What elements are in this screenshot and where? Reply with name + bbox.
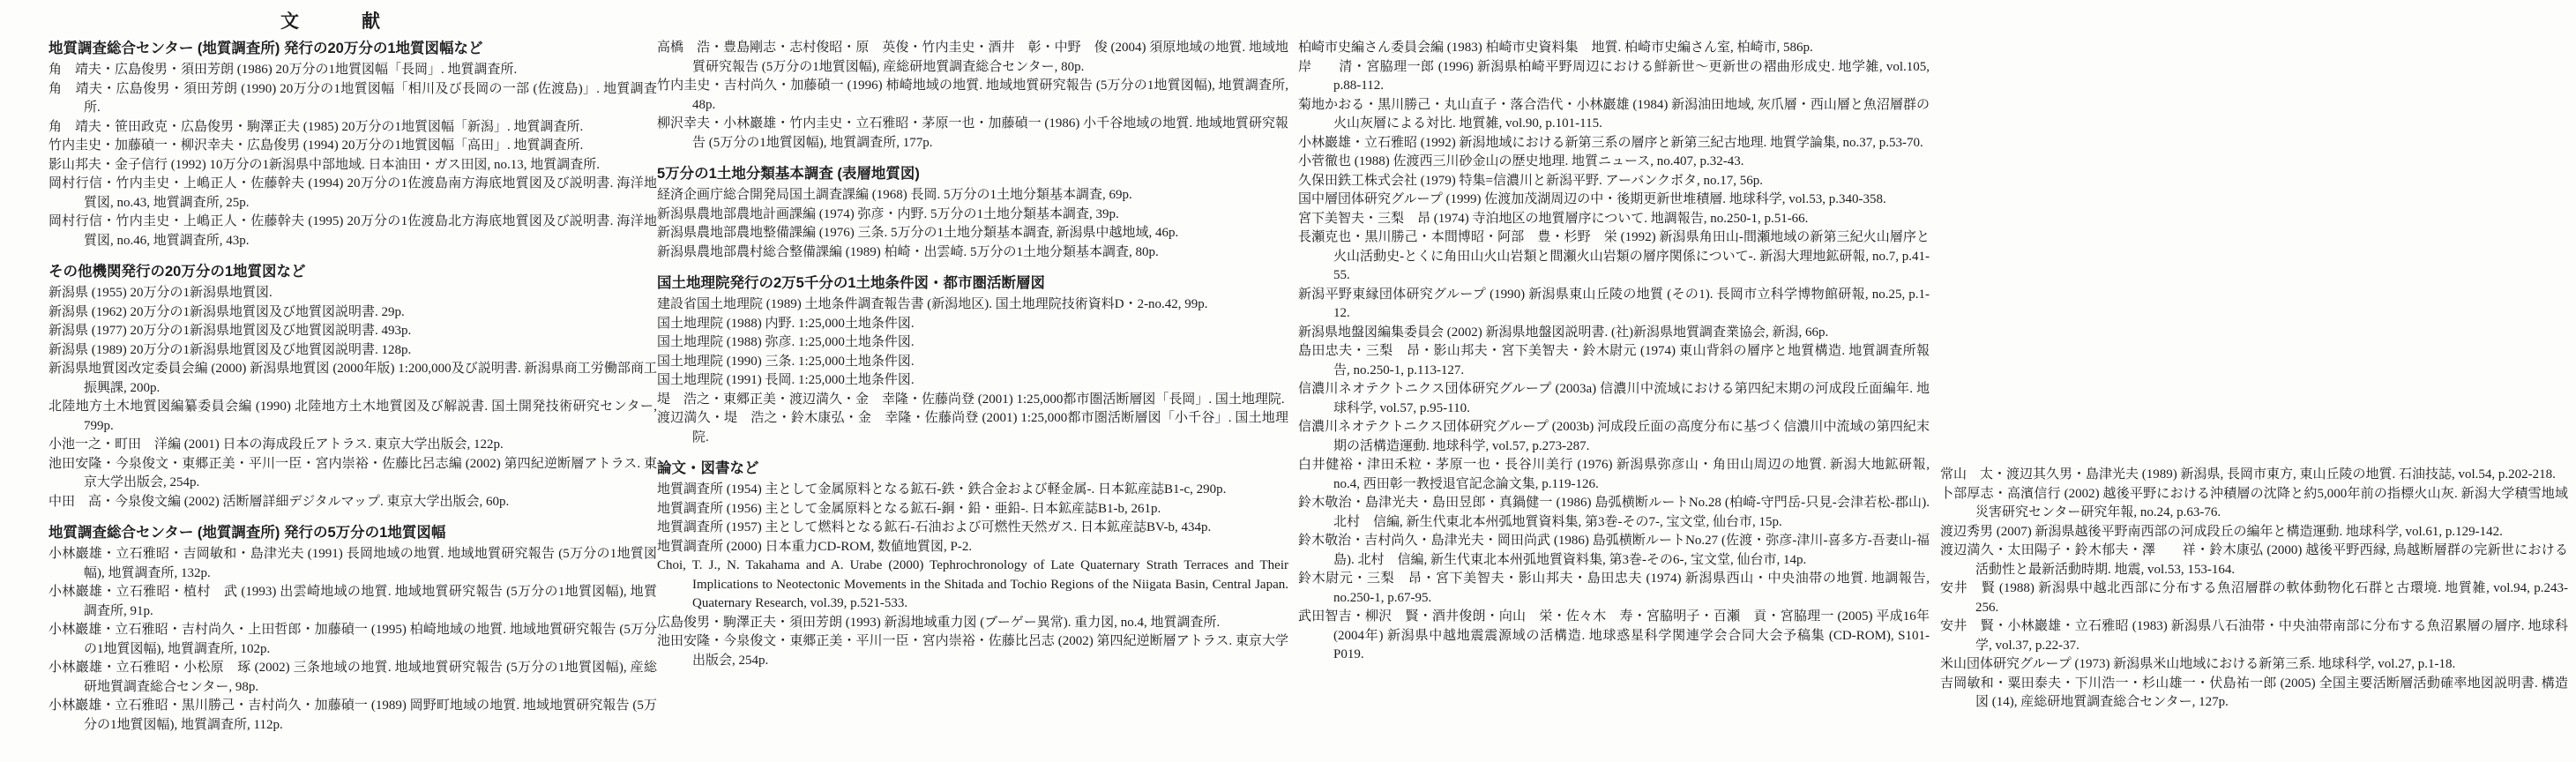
reference-entry: 国土地理院 (1991) 長岡. 1:25,000土地条件図. [657,371,1288,391]
reference-entry: 柏崎市史編さん委員会編 (1983) 柏崎市史資料集 地質. 柏崎市史編さん室,… [1298,39,1930,58]
column-3: 柏崎市史編さん委員会編 (1983) 柏崎市史資料集 地質. 柏崎市史編さん室,… [1298,39,1930,665]
references-page: 文 献 地質調査総合センター (地質調査所) 発行の20万分の1地質図幅など角 … [0,0,2576,762]
reference-entry: 長瀬克也・黒川勝己・本間博昭・阿部 豊・杉野 栄 (1992) 新潟県角田山-間… [1298,228,1930,286]
section-heading: 5万分の1土地分類基本調査 (表層地質図) [657,164,1288,183]
reference-entry: 安井 賢・小林巖雄・立石雅昭 (1983) 新潟県八石油帯・中央油帯南部に分布す… [1940,617,2568,655]
reference-entry: 国土地理院 (1988) 弥彦. 1:25,000土地条件図. [657,333,1288,353]
reference-entry: 池田安隆・今泉俊文・東郷正美・平川一臣・宮内崇裕・佐藤比呂志編 (2002) 第… [49,455,657,493]
reference-entry: 新潟県地盤図編集委員会 (2002) 新潟県地盤図説明書. (社)新潟県地質調査… [1298,324,1930,343]
reference-entry: 岡村行信・竹内圭史・上嶋正人・佐藤幹夫 (1994) 20万分の1佐渡島南方海底… [49,175,657,213]
reference-entry: 新潟県 (1977) 20万分の1新潟県地質図及び地質図説明書. 493p. [49,322,657,341]
reference-entry: 小林巖雄・立石雅昭 (1992) 新潟地域における新第三系の層序と新第三紀古地理… [1298,134,1930,153]
column-2: 高橋 浩・豊島剛志・志村俊昭・原 英俊・竹内圭史・酒井 彰・中野 俊 (2004… [657,39,1288,670]
reference-entry: 広島俊男・駒澤正夫・須田芳朗 (1993) 新潟地域重力図 (ブーゲー異常). … [657,614,1288,633]
reference-entry: 柳沢幸夫・小林巖雄・竹内圭史・立石雅昭・茅原一也・加藤碵一 (1986) 小千谷… [657,115,1288,153]
reference-entry: 小林巖雄・立石雅昭・吉村尚久・上田哲郎・加藤碵一 (1995) 柏崎地域の地質.… [49,621,657,659]
reference-entry: 常山 太・渡辺其久男・島津光夫 (1989) 新潟県, 長岡市東方, 東山丘陵の… [1940,466,2568,485]
reference-entry: 地質調査所 (1956) 主として金属原料となる鉱石-銅・鉛・亜鉛-. 日本鉱産… [657,500,1288,519]
reference-entry: 白井健裕・津田禾粒・茅原一也・長谷川美行 (1976) 新潟県弥彦山・角田山周辺… [1298,456,1930,494]
reference-entry: 渡辺満久・太田陽子・鈴木郁夫・澤 祥・鈴木康弘 (2000) 越後平野西縁, 鳥… [1940,542,2568,579]
reference-entry: 久保田鉄工株式会社 (1979) 特集=信濃川と新潟平野. アーバンクボタ, n… [1298,172,1930,191]
reference-entry: 新潟県 (1989) 20万分の1新潟県地質図及び地質図説明書. 128p. [49,341,657,361]
reference-entry: 米山団体研究グループ (1973) 新潟県米山地域における新第三系. 地球科学,… [1940,655,2568,675]
reference-entry: 角 靖夫・笹田政克・広島俊男・駒澤正夫 (1985) 20万分の1地質図幅「新潟… [49,118,657,138]
reference-entry: 竹内圭史・加藤碵一・柳沢幸夫・広島俊男 (1994) 20万分の1地質図幅「高田… [49,137,657,156]
reference-entry: 新潟平野東縁団体研究グループ (1990) 新潟県東山丘陵の地質 (その1). … [1298,286,1930,324]
reference-entry: 高橋 浩・豊島剛志・志村俊昭・原 英俊・竹内圭史・酒井 彰・中野 俊 (2004… [657,39,1288,77]
reference-entry: 卜部厚志・高濱信行 (2002) 越後平野における沖積層の沈降と約5,000年前… [1940,485,2568,523]
section-heading: 国土地理院発行の2万5千分の1土地条件図・都市圏活断層図 [657,273,1288,293]
reference-entry: 国中層団体研究グループ (1999) 佐渡加茂湖周辺の中・後期更新世堆積層. 地… [1298,190,1930,210]
reference-entry: 渡辺秀男 (2007) 新潟県越後平野南西部の河成段丘の編年と構造運動. 地球科… [1940,523,2568,542]
reference-entry: 地質調査所 (2000) 日本重力CD-ROM, 数値地質図, P-2. [657,538,1288,557]
reference-entry: 小林巖雄・立石雅昭・黒川勝己・吉村尚久・加藤碵一 (1989) 岡野町地域の地質… [49,697,657,735]
reference-entry: 堤 浩之・東郷正美・渡辺満久・金 幸隆・佐藤尚登 (2001) 1:25,000… [657,391,1288,410]
reference-entry: 吉岡敏和・粟田泰夫・下川浩一・杉山雄一・伏島祐一郎 (2005) 全国主要活断層… [1940,675,2568,713]
reference-entry: 地質調査所 (1954) 主として金属原料となる鉱石-鉄・鉄合金および軽金属-.… [657,481,1288,500]
reference-entry: 小池一之・町田 洋編 (2001) 日本の海成段丘アトラス. 東京大学出版会, … [49,436,657,455]
reference-entry: 鈴木尉元・三梨 昂・宮下美智夫・影山邦夫・島田忠夫 (1974) 新潟県西山・中… [1298,570,1930,608]
reference-entry: 鈴木敬治・島津光夫・島田昱郎・真鍋健一 (1986) 島弧横断ルートNo.28 … [1298,494,1930,532]
reference-entry: 新潟県農地部農地整備課編 (1976) 三条. 5万分の1土地分類基本調査, 新… [657,224,1288,243]
reference-entry: 鈴木敬治・吉村尚久・島津光夫・岡田尚武 (1986) 島弧横断ルートNo.27 … [1298,532,1930,570]
reference-entry: 地質調査所 (1957) 主として燃料となる鉱石-石油および可燃性天然ガス. 日… [657,519,1288,538]
reference-entry: 角 靖夫・広島俊男・須田芳朗 (1986) 20万分の1地質図幅「長岡」. 地質… [49,61,657,80]
reference-entry: 岡村行信・竹内圭史・上嶋正人・佐藤幹夫 (1995) 20万分の1佐渡島北方海底… [49,213,657,250]
reference-entry: 小林巖雄・立石雅昭・吉岡敏和・島津光夫 (1991) 長岡地域の地質. 地域地質… [49,545,657,583]
reference-entry: 岸 清・宮脇理一郎 (1996) 新潟県柏崎平野周辺における鮮新世〜更新世の褶曲… [1298,58,1930,96]
reference-entry: 宮下美智夫・三梨 昂 (1974) 寺泊地区の地質層序について. 地調報告, n… [1298,210,1930,229]
reference-entry: 建設省国土地理院 (1989) 土地条件調査報告書 (新潟地区). 国土地理院技… [657,295,1288,315]
reference-entry: 武田智吉・柳沢 賢・酒井俊朗・向山 栄・佐々木 寿・宮脇明子・百瀬 貢・宮脇理一… [1298,608,1930,665]
reference-entry: 島田忠夫・三梨 昂・影山邦夫・宮下美智夫・鈴木尉元 (1974) 東山背斜の層序… [1298,342,1930,380]
reference-entry: 影山邦夫・金子信行 (1992) 10万分の1新潟県中部地域. 日本油田・ガス田… [49,156,657,176]
reference-entry: 新潟県農地部農地計画課編 (1974) 弥彦・内野. 5万分の1土地分類基本調査… [657,205,1288,225]
reference-entry: 小林巖雄・立石雅昭・小松原 琢 (2002) 三条地域の地質. 地域地質研究報告… [49,659,657,697]
reference-entry: 池田安隆・今泉俊文・東郷正美・平川一臣・宮内崇裕・佐藤比呂志 (2002) 第四… [657,632,1288,670]
reference-entry: 北陸地方土木地質図編纂委員会編 (1990) 北陸地方土木地質図及び解説書. 国… [49,398,657,436]
reference-entry: 渡辺満久・堤 浩之・鈴木康弘・金 幸隆・佐藤尚登 (2001) 1:25,000… [657,409,1288,447]
reference-entry: 新潟県 (1962) 20万分の1新潟県地質図及び地質図説明書. 29p. [49,303,657,323]
page-title: 文 献 [280,7,382,34]
reference-entry: 小菅徹也 (1988) 佐渡西三川砂金山の歴史地理. 地質ニュース, no.40… [1298,153,1930,172]
reference-entry: 国土地理院 (1988) 内野. 1:25,000土地条件図. [657,315,1288,334]
reference-entry: 国土地理院 (1990) 三条. 1:25,000土地条件図. [657,353,1288,372]
reference-entry: 信濃川ネオテクトニクス団体研究グループ (2003a) 信濃川中流域における第四… [1298,380,1930,418]
reference-entry: 角 靖夫・広島俊男・須田芳朗 (1990) 20万分の1地質図幅「相川及び長岡の… [49,80,657,118]
reference-entry: 新潟県 (1955) 20万分の1新潟県地質図. [49,284,657,303]
reference-entry: 経済企画庁総合開発局国土調査課編 (1968) 長岡. 5万分の1土地分類基本調… [657,186,1288,205]
reference-entry: Choi, T. J., N. Takahama and A. Urabe (2… [657,557,1288,614]
reference-entry: 新潟県農地部農村総合整備課編 (1989) 柏崎・出雲崎. 5万分の1土地分類基… [657,243,1288,263]
reference-entry: 菊地かおる・黒川勝己・丸山直子・落合浩代・小林巖雄 (1984) 新潟油田地域,… [1298,96,1930,134]
section-heading: 地質調査総合センター (地質調査所) 発行の20万分の1地質図幅など [49,39,657,58]
column-4: 常山 太・渡辺其久男・島津光夫 (1989) 新潟県, 長岡市東方, 東山丘陵の… [1940,39,2568,713]
section-heading: 論文・図書など [657,459,1288,478]
reference-entry: 中田 高・今泉俊文編 (2002) 活断層詳細デジタルマップ. 東京大学出版会,… [49,493,657,512]
column-1: 地質調査総合センター (地質調査所) 発行の20万分の1地質図幅など角 靖夫・広… [49,39,657,735]
reference-entry: 新潟県地質図改定委員会編 (2000) 新潟県地質図 (2000年版) 1:20… [49,360,657,398]
reference-entry: 竹内圭史・吉村尚久・加藤碵一 (1996) 柿崎地域の地質. 地域地質研究報告 … [657,77,1288,115]
reference-entry: 信濃川ネオテクトニクス団体研究グループ (2003b) 河成段丘面の高度分布に基… [1298,418,1930,456]
section-heading: その他機関発行の20万分の1地質図など [49,262,657,281]
reference-entry: 安井 賢 (1988) 新潟県中越北西部に分布する魚沼層群の軟体動物化石群と古環… [1940,579,2568,617]
reference-entry: 小林巖雄・立石雅昭・植村 武 (1993) 出雲崎地域の地質. 地域地質研究報告… [49,583,657,621]
section-heading: 地質調査総合センター (地質調査所) 発行の5万分の1地質図幅 [49,523,657,542]
